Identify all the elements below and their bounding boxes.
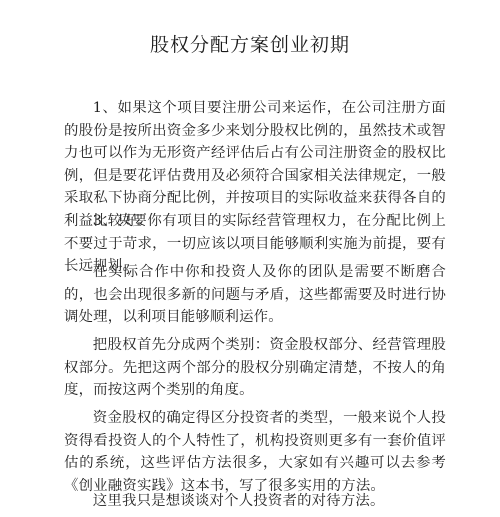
paragraph-4: 把股权首先分成两个类别：资金股权部分、经营管理股权部分。先把这两个部分的股权分别… [64, 334, 446, 402]
paragraph-5: 资金股权的确定得区分投资者的类型，一般来说个人投资得看投资人的个人特性了，机构投… [64, 407, 446, 497]
paragraph-3: 在实际合作中你和投资人及你的团队是需要不断磨合的，也会出现很多新的问题与矛盾，这… [64, 261, 446, 329]
paragraph-6: 这里我只是想谈谈对个人投资者的对待方法。 [64, 490, 446, 513]
document-title: 股权分配方案创业初期 [0, 30, 500, 57]
